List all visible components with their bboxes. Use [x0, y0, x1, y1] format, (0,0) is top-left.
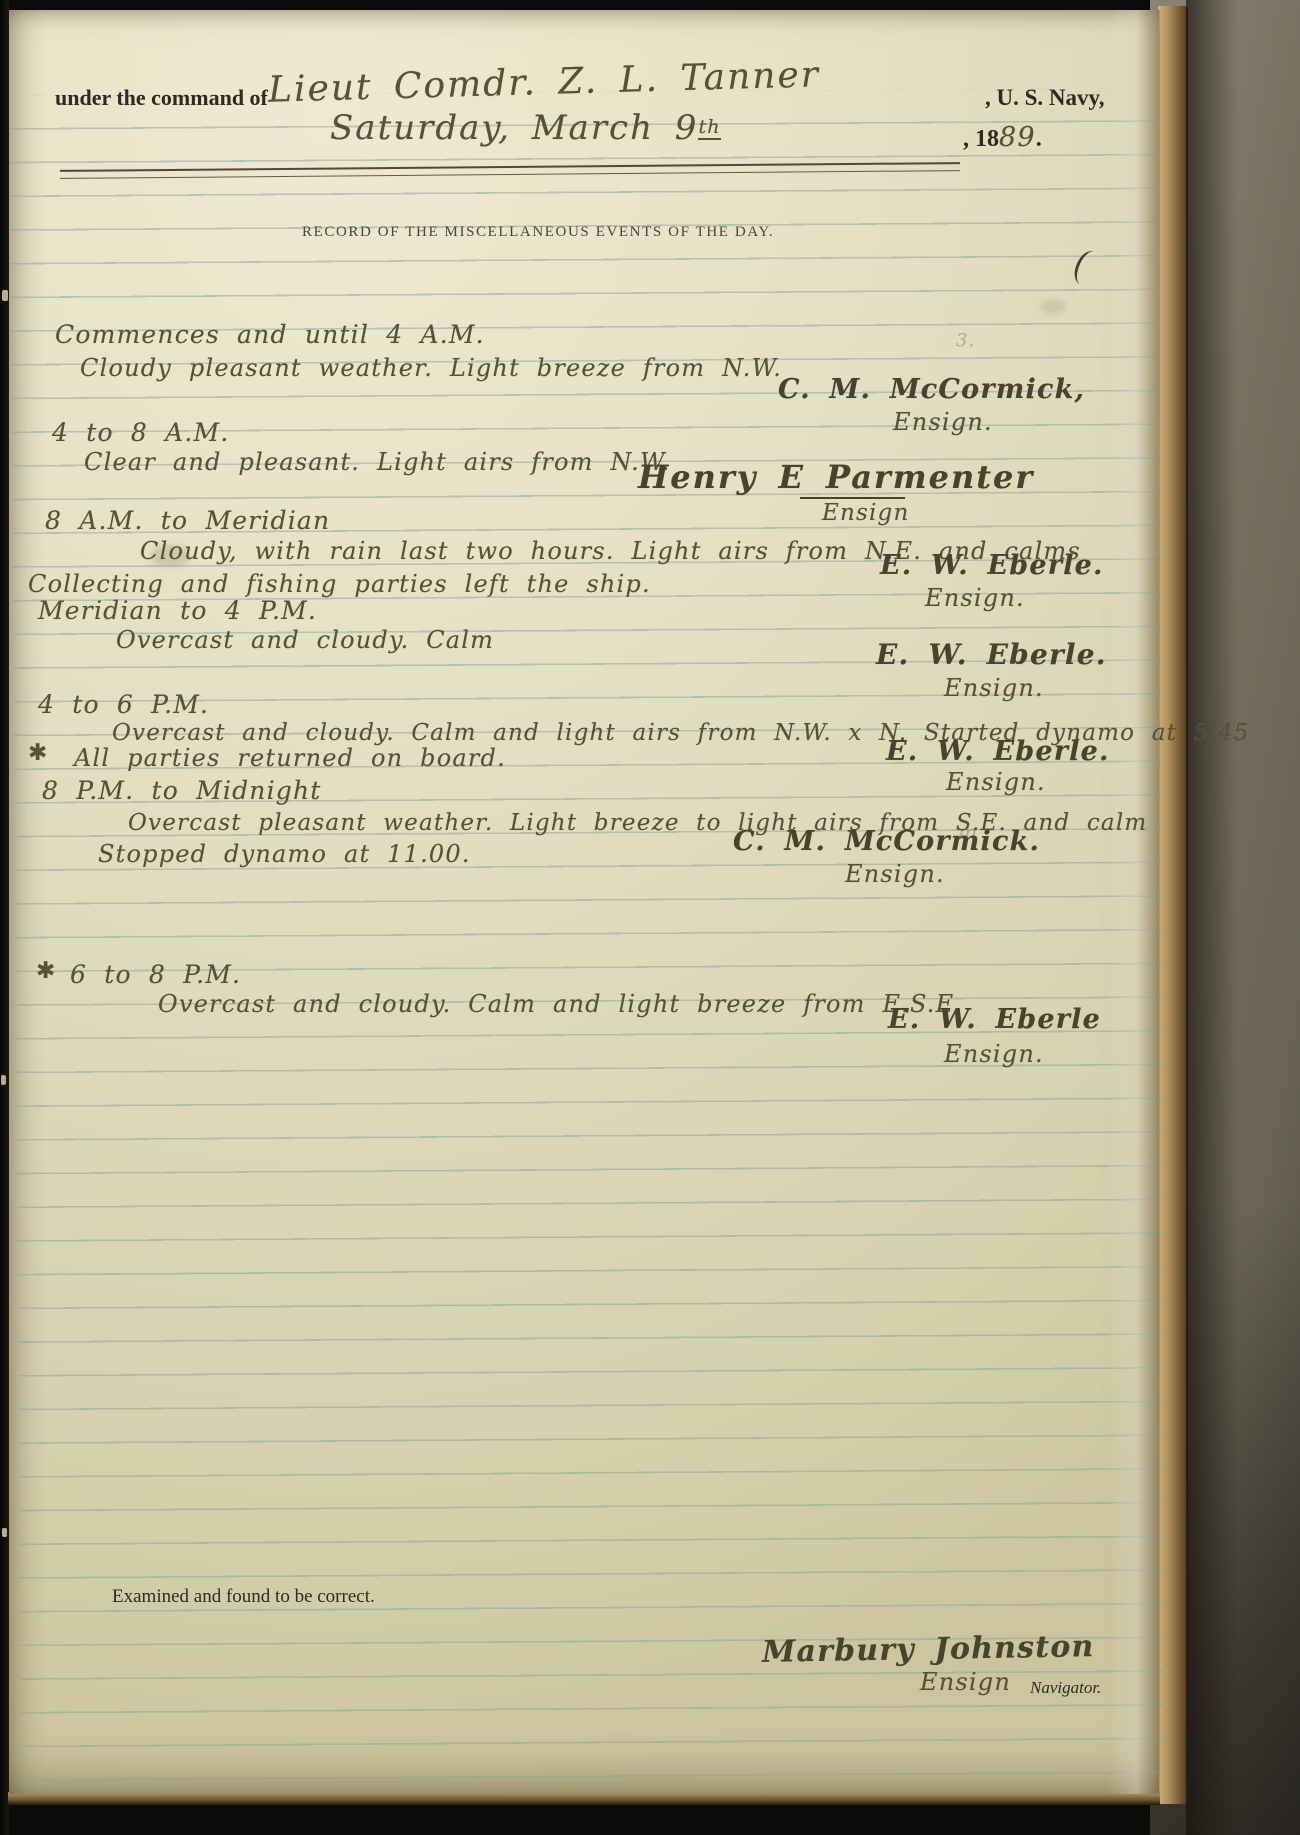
- entry-rank: Ensign.: [946, 768, 1046, 796]
- section-title: RECORD OF THE MISCELLANEOUS EVENTS OF TH…: [302, 224, 774, 241]
- entry-signature: E. W. Eberle.: [880, 550, 1104, 581]
- navigator-printed-label: Navigator.: [1030, 1678, 1101, 1698]
- printed-command-prefix: under the command of: [55, 85, 268, 111]
- entry-rank: Ensign.: [944, 1040, 1044, 1068]
- entry-heading: 4 to 6 P.M.: [38, 690, 209, 719]
- signature-underline: [800, 497, 905, 499]
- entry-line: Clear and pleasant. Light airs from N.W.: [84, 448, 670, 476]
- entry-signature: C. M. McCormick,: [778, 374, 1085, 405]
- entry-star-mark: ✱: [36, 958, 56, 984]
- entry-line: All parties returned on board.: [74, 744, 506, 772]
- marginal-mark: m: [958, 820, 978, 844]
- entry-line: Overcast and cloudy. Calm: [116, 626, 494, 654]
- entry-rank: Ensign.: [893, 408, 993, 436]
- examined-statement: Examined and found to be correct.: [112, 1586, 375, 1608]
- page-curl-highlight: [1108, 10, 1160, 1794]
- binding-stitch: [1, 1075, 6, 1085]
- page-edge-shadow: [1186, 0, 1238, 1835]
- entry-signature: E. W. Eberle.: [886, 736, 1110, 767]
- entry-heading: Commences and until 4 A.M.: [55, 320, 485, 349]
- date-ordinal: th: [698, 116, 720, 140]
- entry-heading: 6 to 8 P.M.: [70, 960, 241, 989]
- entry-signature: E. W. Eberle: [888, 1004, 1101, 1035]
- binding-stitch: [2, 1528, 7, 1537]
- marginal-mark: 3.: [956, 330, 976, 351]
- entry-signature: E. W. Eberle.: [876, 638, 1107, 671]
- year-period: .: [1036, 126, 1042, 152]
- entry-rank: Ensign.: [845, 860, 945, 888]
- entry-star-mark: ✱: [28, 740, 48, 766]
- entry-line: Stopped dynamo at 11.00.: [98, 840, 471, 868]
- binding-edge: [0, 0, 9, 1835]
- entry-heading: 4 to 8 A.M.: [52, 418, 230, 447]
- year-handwritten: 89: [999, 122, 1036, 153]
- entry-line: Collecting and fishing parties left the …: [28, 570, 651, 598]
- entry-heading: Meridian to 4 P.M.: [38, 596, 317, 625]
- year-printed-prefix: , 18: [963, 126, 999, 152]
- entry-signature: C. M. McCormick.: [733, 826, 1040, 857]
- binding-stitch: [2, 290, 8, 301]
- printed-us-navy: , U. S. Navy,: [985, 85, 1105, 111]
- entry-line: Cloudy pleasant weather. Light breeze fr…: [80, 354, 782, 382]
- entry-line: Overcast and cloudy. Calm and light bree…: [158, 990, 963, 1018]
- year-line: , 1889.: [963, 122, 1042, 153]
- navigator-signature: Marbury Johnston: [762, 1629, 1095, 1670]
- navigator-rank: Ensign: [920, 1668, 1011, 1696]
- date-handwritten: Saturday, March 9th: [330, 108, 721, 148]
- entry-rank: Ensign.: [925, 584, 1025, 612]
- entry-rank: Ensign: [822, 500, 910, 526]
- ink-smudge: [1040, 300, 1066, 314]
- entry-signature: Henry E Parmenter: [638, 458, 1034, 496]
- date-main: Saturday, March 9: [330, 108, 698, 148]
- entry-rank: Ensign.: [944, 674, 1044, 702]
- entry-heading: 8 P.M. to Midnight: [42, 776, 322, 805]
- entry-heading: 8 A.M. to Meridian: [45, 506, 330, 535]
